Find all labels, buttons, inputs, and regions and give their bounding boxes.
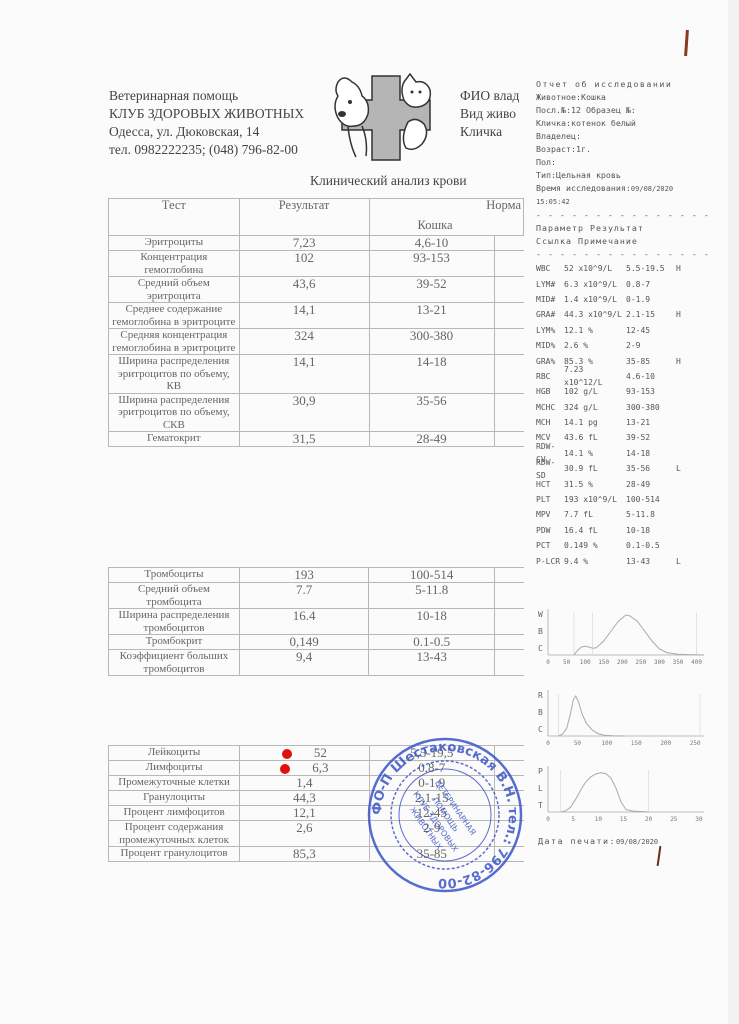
svg-text:50: 50 <box>574 740 582 747</box>
svg-text:300: 300 <box>654 659 665 666</box>
receipt-age: Возраст:1г. <box>536 143 716 156</box>
svg-text:5: 5 <box>571 816 575 823</box>
param-value: 14.1 pg <box>564 416 626 429</box>
empty-cell <box>494 277 523 303</box>
param-ref: 93-153 <box>626 385 676 398</box>
receipt-param-row: RBC7.23 x10^12/L4.6-10 <box>536 369 716 384</box>
param-code: GRA# <box>536 308 564 321</box>
svg-text:350: 350 <box>673 659 684 666</box>
param-code: PCT <box>536 539 564 552</box>
receipt-param-row: PDW16.4 fL10-18 <box>536 523 716 538</box>
table-row: Гематокрит31,528-49 <box>109 432 524 447</box>
svg-text:C: C <box>538 725 543 734</box>
param-ref: 14-18 <box>626 447 676 460</box>
empty-cell <box>494 329 523 355</box>
empty-cell <box>494 251 523 277</box>
test-norm: 28-49 <box>369 432 494 447</box>
param-code: PDW <box>536 524 564 537</box>
result-value: 0,149 <box>290 634 319 649</box>
param-code: MCH <box>536 416 564 429</box>
test-name: Лимфоциты <box>109 761 240 776</box>
param-ref: 39-52 <box>626 431 676 444</box>
param-code: WBC <box>536 262 564 275</box>
param-value: 9.4 % <box>564 555 626 568</box>
test-result: 85,3 <box>240 847 369 862</box>
param-value: 16.4 fL <box>564 524 626 537</box>
param-ref: 0-1.9 <box>626 293 676 306</box>
param-code: HGB <box>536 385 564 398</box>
test-result: 16.4 <box>239 609 369 635</box>
svg-text:50: 50 <box>563 659 571 666</box>
page-edge-shadow <box>728 0 739 1024</box>
result-value: 193 <box>294 567 314 582</box>
param-ref: 2.1-15 <box>626 308 676 321</box>
test-name: Тромбокрит <box>109 635 240 650</box>
test-name: Промежуточные клетки <box>109 776 240 791</box>
receipt-time: 15:05:42 <box>536 196 716 209</box>
empty-cell <box>494 393 523 432</box>
table-header-row: Тест Результат Норма Кошка <box>109 199 524 236</box>
pen-mark <box>684 30 689 56</box>
receipt-col-header-1: Параметр Результат <box>536 222 716 235</box>
param-ref: 35-85 <box>626 355 676 368</box>
test-result: 12,1 <box>240 806 369 821</box>
document-title: Клинический анализ крови <box>310 173 467 189</box>
test-norm: 13-43 <box>369 650 494 676</box>
receipt-time-row: Время исследования:09/08/2020 <box>536 182 716 196</box>
receipt-param-row: MCH14.1 pg13-21 <box>536 415 716 430</box>
test-result: 14,1 <box>239 355 369 394</box>
test-name: Тромбоциты <box>109 568 240 583</box>
test-norm: 35-56 <box>369 393 494 432</box>
test-norm: 0.1-0.5 <box>369 635 494 650</box>
result-value: 7.7 <box>296 582 312 597</box>
svg-text:0: 0 <box>546 740 550 747</box>
receipt-param-row: MCHC324 g/L300-380 <box>536 400 716 415</box>
result-value: 14,1 <box>293 354 316 369</box>
param-ref: 35-56 <box>626 462 676 475</box>
svg-text:0: 0 <box>546 816 550 823</box>
test-result: 193 <box>239 568 369 583</box>
param-value: 6.3 x10^9/L <box>564 278 626 291</box>
param-value: 193 x10^9/L <box>564 493 626 506</box>
receipt-param-row: WBC52 x10^9/L5.5-19.5H <box>536 261 716 276</box>
receipt-param-row: MID#1.4 x10^9/L0-1.9 <box>536 292 716 307</box>
clinic-name: КЛУБ ЗДОРОВЫХ ЖИВОТНЫХ <box>109 105 304 123</box>
param-value: 43.6 fL <box>564 431 626 444</box>
param-code: RBC <box>536 370 564 383</box>
param-ref: 0.1-0.5 <box>626 539 676 552</box>
receipt-param-table: WBC52 x10^9/L5.5-19.5HLYM#6.3 x10^9/L0.8… <box>536 261 716 569</box>
param-ref: 5.5-19.5 <box>626 262 676 275</box>
result-value: 6,3 <box>312 760 328 775</box>
header-test: Тест <box>109 199 240 236</box>
svg-text:0: 0 <box>546 659 550 666</box>
test-result: 9,4 <box>239 650 369 676</box>
test-norm: 100-514 <box>369 568 494 583</box>
receipt-param-row: MPV7.7 fL5-11.8 <box>536 507 716 522</box>
param-code: MCHC <box>536 401 564 414</box>
receipt-divider: - - - - - - - - - - - - - - - - - - - - … <box>536 209 716 222</box>
empty-cell <box>494 236 523 251</box>
owner-label: ФИО влад <box>460 87 520 105</box>
flag-dot-icon <box>280 764 290 774</box>
clinic-header: Ветеринарная помощь КЛУБ ЗДОРОВЫХ ЖИВОТН… <box>109 87 304 159</box>
test-result: 102 <box>239 251 369 277</box>
param-flag: L <box>676 555 696 568</box>
test-result: 6,3 <box>240 761 369 776</box>
test-name: Ширина распределения эритроцитов по объе… <box>109 393 240 432</box>
receipt-title: Отчет об исследовании <box>536 78 716 91</box>
receipt-animal: Животное:Кошка <box>536 91 716 104</box>
table-row: Концентрация гемоглобина10293-153 <box>109 251 524 277</box>
test-name: Концентрация гемоглобина <box>109 251 240 277</box>
param-code: P-LCR <box>536 555 564 568</box>
empty-cell <box>494 432 523 447</box>
wbc-histogram: WBC050100150200250300350400 <box>536 605 706 667</box>
receipt-sex: Пол: <box>536 156 716 169</box>
rbc-results-table: Тест Результат Норма Кошка Эритроциты7,2… <box>108 198 524 447</box>
receipt-seq: Посл.№:12 Образец №: <box>536 104 716 117</box>
test-name: Ширина распределения эритроцитов по объе… <box>109 355 240 394</box>
test-name: Процент лимфоцитов <box>109 806 240 821</box>
test-name: Коэффициент больших тромбоцитов <box>109 650 240 676</box>
param-code: LYM% <box>536 324 564 337</box>
svg-text:P: P <box>538 767 543 776</box>
empty-cell <box>494 650 524 676</box>
result-value: 9,4 <box>296 649 312 664</box>
header-norm-label: Норма <box>486 199 521 212</box>
test-norm: 93-153 <box>369 251 494 277</box>
test-norm: 39-52 <box>369 277 494 303</box>
species-label: Вид живо <box>460 105 520 123</box>
result-value: 31,5 <box>293 431 316 446</box>
receipt-param-row: LYM#6.3 x10^9/L0.8-7 <box>536 276 716 291</box>
param-value: 30.9 fL <box>564 462 626 475</box>
param-value: 7.7 fL <box>564 508 626 521</box>
test-name: Гранулоциты <box>109 791 240 806</box>
param-code: LYM# <box>536 278 564 291</box>
receipt-date: 09/08/2020 <box>631 185 673 193</box>
param-code: MID% <box>536 339 564 352</box>
plt-histogram: PLT051015202530 <box>536 762 706 824</box>
param-flag: L <box>676 462 696 475</box>
table-row: Коэффициент больших тромбоцитов9,413-43 <box>109 650 525 676</box>
svg-text:250: 250 <box>690 740 701 747</box>
table-row: Тромбокрит0,1490.1-0.5 <box>109 635 525 650</box>
param-flag: H <box>676 355 696 368</box>
print-date-row: Дата печати:09/08/2020 <box>538 836 658 846</box>
receipt-param-row: HCT31.5 %28-49 <box>536 476 716 491</box>
print-date-label: Дата печати: <box>538 836 616 846</box>
test-name: Средняя концентрация гемоглобина в эритр… <box>109 329 240 355</box>
svg-text:T: T <box>538 801 543 810</box>
empty-cell <box>494 568 524 583</box>
nickname-label: Кличка <box>460 123 520 141</box>
receipt-col-header-2: Ссылка Примечание <box>536 235 716 248</box>
param-value: 52 x10^9/L <box>564 262 626 275</box>
param-code: MPV <box>536 508 564 521</box>
test-result: 14,1 <box>239 303 369 329</box>
param-value: 324 g/L <box>564 401 626 414</box>
receipt-param-row: MID%2.6 %2-9 <box>536 338 716 353</box>
result-value: 324 <box>294 328 314 343</box>
result-value: 30,9 <box>293 393 316 408</box>
clinic-stamp: ФО-П Шестаковская В.Н. тел.: 796-82-00 В… <box>365 735 525 895</box>
header-norm: Норма Кошка <box>369 199 523 236</box>
test-norm: 10-18 <box>369 609 494 635</box>
result-value: 14,1 <box>293 302 316 317</box>
receipt-param-row: HGB102 g/L93-153 <box>536 384 716 399</box>
test-name: Среднее содержание гемоглобина в эритроц… <box>109 303 240 329</box>
test-result: 31,5 <box>239 432 369 447</box>
empty-cell <box>494 583 524 609</box>
svg-text:15: 15 <box>620 816 628 823</box>
param-ref: 13-43 <box>626 555 676 568</box>
receipt-param-row: GRA#44.3 x10^9/L2.1-15H <box>536 307 716 322</box>
result-value: 43,6 <box>293 276 316 291</box>
svg-text:200: 200 <box>660 740 671 747</box>
header-result: Результат <box>239 199 369 236</box>
svg-text:20: 20 <box>645 816 653 823</box>
svg-text:B: B <box>538 708 543 717</box>
param-ref: 12-45 <box>626 324 676 337</box>
test-norm: 300-380 <box>369 329 494 355</box>
svg-text:W: W <box>538 610 543 619</box>
param-code: HCT <box>536 478 564 491</box>
receipt-param-row: LYM%12.1 %12-45 <box>536 323 716 338</box>
test-result: 0,149 <box>239 635 369 650</box>
test-name: Ширина распределения тромбоцитов <box>109 609 240 635</box>
table-row: Ширина распределения эритроцитов по объе… <box>109 393 524 432</box>
param-code: GRA% <box>536 355 564 368</box>
table-row: Среднее содержание гемоглобина в эритроц… <box>109 303 524 329</box>
result-value: 1,4 <box>296 775 312 790</box>
svg-text:100: 100 <box>580 659 591 666</box>
test-name: Процент гранулоцитов <box>109 847 240 862</box>
param-value: 2.6 % <box>564 339 626 352</box>
param-value: 44.3 x10^9/L <box>564 308 626 321</box>
param-ref: 5-11.8 <box>626 508 676 521</box>
result-value: 16.4 <box>293 608 316 623</box>
receipt-param-row: GRA%85.3 %35-85H <box>536 353 716 368</box>
param-value: 14.1 % <box>564 447 626 460</box>
table-row: Средний объем тромбоцита7.75-11.8 <box>109 583 525 609</box>
param-flag: H <box>676 262 696 275</box>
param-ref: 10-18 <box>626 524 676 537</box>
test-result: 7,23 <box>239 236 369 251</box>
result-value: 12,1 <box>293 805 316 820</box>
table-row: Эритроциты7,234,6-10 <box>109 236 524 251</box>
receipt-param-row: P-LCR9.4 %13-43L <box>536 553 716 568</box>
param-value: 1.4 x10^9/L <box>564 293 626 306</box>
receipt-owner: Владелец: <box>536 130 716 143</box>
table-row: Ширина распределения эритроцитов по объе… <box>109 355 524 394</box>
test-norm: 14-18 <box>369 355 494 394</box>
table-row: Ширина распределения тромбоцитов16.410-1… <box>109 609 525 635</box>
test-norm: 4,6-10 <box>369 236 494 251</box>
clinic-logo-icon <box>330 72 450 162</box>
test-norm: 13-21 <box>369 303 494 329</box>
analyzer-receipt: Отчет об исследовании Животное:Кошка Пос… <box>536 78 716 569</box>
pen-mark <box>657 846 662 866</box>
test-result: 52 <box>240 746 369 761</box>
param-value: 31.5 % <box>564 478 626 491</box>
empty-cell <box>494 303 523 329</box>
svg-text:100: 100 <box>601 740 612 747</box>
result-value: 2,6 <box>296 820 312 835</box>
result-value: 52 <box>314 745 327 760</box>
test-result: 43,6 <box>239 277 369 303</box>
test-name: Эритроциты <box>109 236 240 251</box>
clinic-subtitle: Ветеринарная помощь <box>109 87 304 105</box>
svg-text:R: R <box>538 691 543 700</box>
table-row: Средний объем эритроцита43,639-52 <box>109 277 524 303</box>
param-value: 12.1 % <box>564 324 626 337</box>
header-species: Кошка <box>418 219 453 232</box>
test-name: Процент содержания промежуточных клеток <box>109 821 240 847</box>
receipt-time-label: Время исследования: <box>536 183 631 193</box>
param-ref: 2-9 <box>626 339 676 352</box>
receipt-param-row: PLT193 x10^9/L100-514 <box>536 492 716 507</box>
svg-text:250: 250 <box>635 659 646 666</box>
result-value: 85,3 <box>293 846 316 861</box>
param-ref: 28-49 <box>626 478 676 491</box>
test-name: Гематокрит <box>109 432 240 447</box>
table-row: Тромбоциты193100-514 <box>109 568 525 583</box>
flag-dot-icon <box>282 749 292 759</box>
test-result: 2,6 <box>240 821 369 847</box>
param-value: 102 g/L <box>564 385 626 398</box>
svg-text:200: 200 <box>617 659 628 666</box>
result-value: 102 <box>294 250 314 265</box>
param-code: PLT <box>536 493 564 506</box>
param-code: MID# <box>536 293 564 306</box>
svg-text:150: 150 <box>631 740 642 747</box>
test-result: 30,9 <box>239 393 369 432</box>
svg-text:B: B <box>538 627 543 636</box>
test-name: Лейкоциты <box>109 746 240 761</box>
clinic-phone: тел. 0982222235; (048) 796-82-00 <box>109 141 304 159</box>
empty-cell <box>494 635 524 650</box>
print-date: 09/08/2020 <box>616 838 658 846</box>
clinic-address: Одесса, ул. Дюковская, 14 <box>109 123 304 141</box>
receipt-nickname: Кличка:котенок белый <box>536 117 716 130</box>
svg-text:10: 10 <box>595 816 603 823</box>
svg-text:25: 25 <box>670 816 678 823</box>
test-norm: 5-11.8 <box>369 583 494 609</box>
param-ref: 300-380 <box>626 401 676 414</box>
param-ref: 13-21 <box>626 416 676 429</box>
test-result: 324 <box>239 329 369 355</box>
svg-text:C: C <box>538 644 543 653</box>
param-ref: 0.8-7 <box>626 278 676 291</box>
receipt-param-row: PCT0.149 %0.1-0.5 <box>536 538 716 553</box>
empty-cell <box>494 355 523 394</box>
result-value: 44,3 <box>293 790 316 805</box>
rbc-histogram: RBC050100150200250 <box>536 686 706 748</box>
param-ref: 100-514 <box>626 493 676 506</box>
param-flag: H <box>676 308 696 321</box>
param-ref: 4.6-10 <box>626 370 676 383</box>
empty-cell <box>494 609 524 635</box>
test-result: 44,3 <box>240 791 369 806</box>
result-value: 7,23 <box>293 235 316 250</box>
receipt-divider: - - - - - - - - - - - - - - - - - - - - … <box>536 248 716 261</box>
svg-text:400: 400 <box>691 659 702 666</box>
svg-text:30: 30 <box>695 816 703 823</box>
plt-results-table: Тромбоциты193100-514Средний объем тромбо… <box>108 567 524 676</box>
svg-text:150: 150 <box>598 659 609 666</box>
test-result: 7.7 <box>239 583 369 609</box>
svg-text:L: L <box>538 784 543 793</box>
owner-info: ФИО влад Вид живо Кличка <box>460 87 520 141</box>
test-name: Средний объем тромбоцита <box>109 583 240 609</box>
test-result: 1,4 <box>240 776 369 791</box>
receipt-param-row: RDW-SD30.9 fL35-56L <box>536 461 716 476</box>
receipt-sample-type: Тип:Цельная кровь <box>536 169 716 182</box>
test-name: Средний объем эритроцита <box>109 277 240 303</box>
param-value: 0.149 % <box>564 539 626 552</box>
table-row: Средняя концентрация гемоглобина в эритр… <box>109 329 524 355</box>
